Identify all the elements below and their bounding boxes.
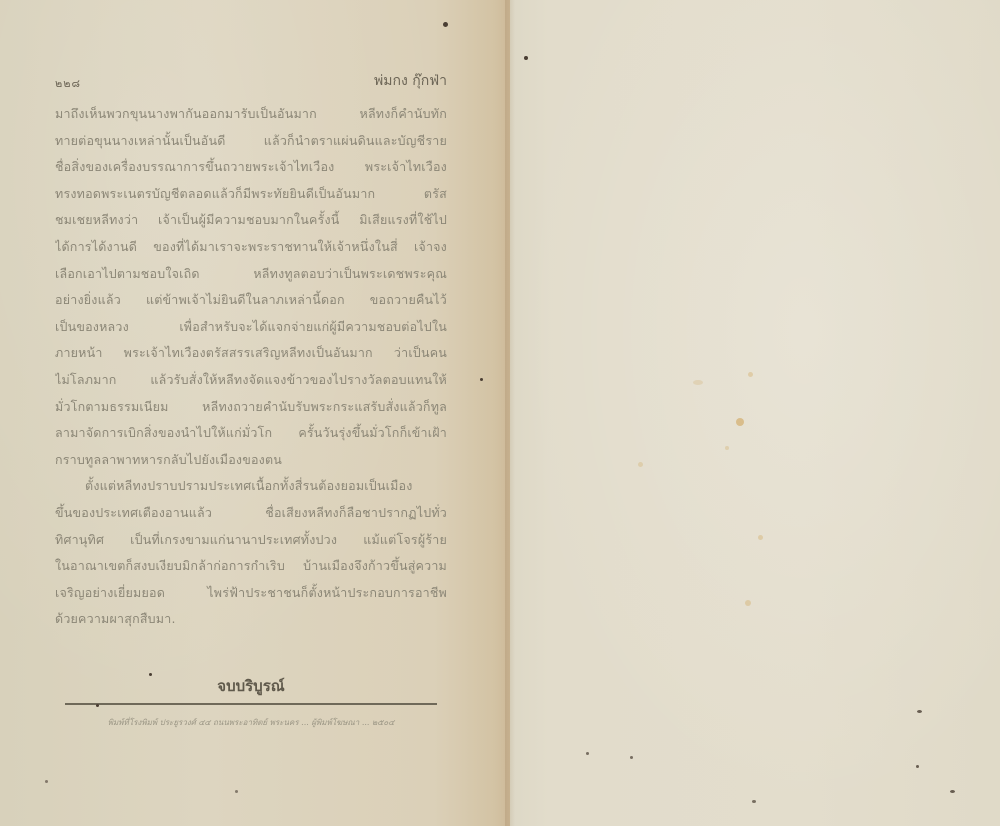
speck-mark xyxy=(96,704,99,707)
speck-mark xyxy=(917,710,922,713)
text-line: อย่างยิ่งแล้ว แต่ข้าพเจ้าไม่ยินดีในลาภเห… xyxy=(55,287,447,314)
speck-mark xyxy=(45,780,48,783)
foxing-stain xyxy=(638,462,643,467)
foxing-stain xyxy=(725,446,729,450)
text-line: ด้วยความผาสุกสืบมา. xyxy=(55,606,447,633)
text-line: มั่วโกตามธรรมเนียม หลีทงถวายคำนับรับพระก… xyxy=(55,394,447,421)
speck-mark xyxy=(524,56,528,60)
foxing-stain xyxy=(758,535,763,540)
speck-mark xyxy=(916,765,919,768)
body-text: มาถึงเห็นพวกขุนนางพากันออกมารับเป็นอันมา… xyxy=(55,101,447,633)
page-number: ๒๒๘ xyxy=(55,74,81,92)
running-title: พ่มกง กุ๊กฟ่า xyxy=(374,70,447,92)
text-line: ชื่อสิ่งของเครื่องบรรณาการขึ้นถวายพระเจ้… xyxy=(55,154,447,181)
printer-imprint: พิมพ์ที่โรงพิมพ์ ประยูรวงศ์ ๔๔ ถนนพระอาท… xyxy=(65,716,437,729)
book-spread: ๒๒๘ พ่มกง กุ๊กฟ่า มาถึงเห็นพวกขุนนางพากั… xyxy=(0,0,1000,826)
text-line: ชมเชยหลีทงว่า เจ้าเป็นผู้มีความชอบมากในค… xyxy=(55,207,447,234)
text-line: ในอาณาเขตก็สงบเงียบมิกล้าก่อการกำเริบ บ้… xyxy=(55,553,447,580)
text-line: ทิศานุทิศ เป็นที่เกรงขามแก่นานาประเทศทั้… xyxy=(55,527,447,554)
left-page: ๒๒๘ พ่มกง กุ๊กฟ่า มาถึงเห็นพวกขุนนางพากั… xyxy=(0,0,510,826)
text-line: ทายต่อขุนนางเหล่านั้นเป็นอันดี แล้วก็นำต… xyxy=(55,128,447,155)
running-head: ๒๒๘ พ่มกง กุ๊กฟ่า xyxy=(55,70,447,90)
text-line: ลามาจัดการเบิกสิ่งของนำไปให้แก่มั่วโก คร… xyxy=(55,420,447,447)
foxing-stain xyxy=(748,372,753,377)
speck-mark xyxy=(950,790,955,793)
speck-mark xyxy=(235,790,238,793)
text-line: มาถึงเห็นพวกขุนนางพากันออกมารับเป็นอันมา… xyxy=(55,101,447,128)
text-line-paragraph-start: ตั้งแต่หลีทงปราบปรามประเทศเนื้อกทั้งสี่ร… xyxy=(55,473,447,500)
text-line: เป็นของหลวง เพื่อสำหรับจะได้แจกจ่ายแก่ผู… xyxy=(55,314,447,341)
horizontal-rule xyxy=(65,703,437,705)
right-page-blank xyxy=(510,0,1000,826)
speck-mark xyxy=(149,673,152,676)
text-line: ได้การได้งานดี ของที่ได้มาเราจะพระราชทาน… xyxy=(55,234,447,261)
text-line: ทรงทอดพระเนตรบัญชีตลอดแล้วก็มีพระทัยยินด… xyxy=(55,181,447,208)
text-line: เลือกเอาไปตามชอบใจเถิด หลีทงทูลตอบว่าเป็… xyxy=(55,261,447,288)
speck-mark xyxy=(480,378,483,381)
foxing-stain xyxy=(745,600,751,606)
speck-mark xyxy=(630,756,633,759)
speck-mark xyxy=(443,22,448,27)
speck-mark xyxy=(752,800,756,803)
foxing-stain xyxy=(736,418,744,426)
text-line: ขึ้นของประเทศเตืองอานแล้ว ชื่อเสียงหลีทง… xyxy=(55,500,447,527)
speck-mark xyxy=(586,752,589,755)
text-line: ไม่โลภมาก แล้วรับสั่งให้หลีทงจัดแจงข้าวข… xyxy=(55,367,447,394)
end-mark: จบบริบูรณ์ xyxy=(55,674,447,698)
text-line: ภายหน้า พระเจ้าไทเวืองตรัสสรรเสริญหลีทงเ… xyxy=(55,340,447,367)
text-line: กราบทูลลาพาทหารกลับไปยังเมืองของตน xyxy=(55,447,447,474)
foxing-stain xyxy=(693,380,703,385)
text-line: เจริญอย่างเยี่ยมยอด ไพร่ฟ้าประชาชนก็ตั้ง… xyxy=(55,580,447,607)
